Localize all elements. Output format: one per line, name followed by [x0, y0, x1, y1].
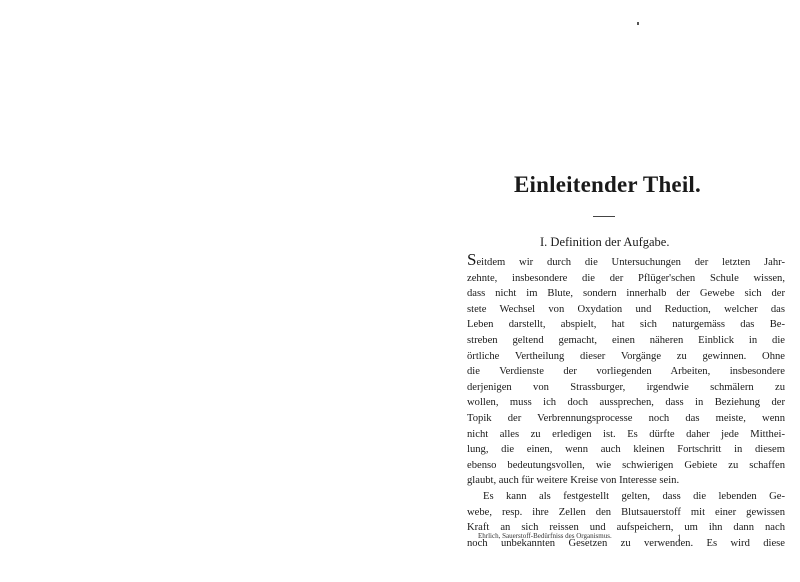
text-line: lung, die einen, wenn auch kleinen Forts…: [467, 442, 785, 458]
text-line: webe, resp. ihre Zellen den Blutsauersto…: [467, 505, 785, 521]
text-line: Es kann als festgestellt gelten, dass di…: [467, 489, 785, 505]
text-line: wollen, muss ich doch aussprechen, dass …: [467, 395, 785, 411]
text-line: örtliche Vertheilung dieser Vorgänge zu …: [467, 349, 785, 365]
title-separator-rule: [593, 216, 615, 217]
text-line: nicht alles zu erledigen ist. Es dürfte …: [467, 427, 785, 443]
text-line: derjenigen von Strassburger, irgendwie s…: [467, 380, 785, 396]
page-footer-signature: Ehrlich, Sauerstoff-Bedürfniss des Organ…: [478, 532, 612, 540]
scan-speck: [637, 22, 639, 25]
body-text: Seitdem wir durch die Untersuchungen der…: [467, 255, 785, 551]
text-line: stete Wechsel von Oxydation und Reductio…: [467, 302, 785, 318]
text-line: Seitdem wir durch die Untersuchungen der…: [467, 255, 785, 271]
text-line: zehnte, insbesondere die der Pflüger'sch…: [467, 271, 785, 287]
page-number: 1: [677, 533, 682, 543]
text-line: Topik der Verbrennungsprocesse noch das …: [467, 411, 785, 427]
text-line: streben geltend gemacht, einen näheren E…: [467, 333, 785, 349]
text-line: glaubt, auch für weitere Kreise von Inte…: [467, 473, 785, 489]
text-line: die Verdienste der vorliegenden Arbeiten…: [467, 364, 785, 380]
text-line: ebenso bedeutungsvollen, wie schwierigen…: [467, 458, 785, 474]
chapter-title: Einleitender Theil.: [514, 172, 714, 198]
section-heading: I. Definition der Aufgabe.: [540, 235, 669, 250]
text-line: dass nicht im Blute, sondern innerhalb d…: [467, 286, 785, 302]
text-line: Leben darstellt, abspielt, hat sich natu…: [467, 317, 785, 333]
blank-left-page: [0, 0, 450, 582]
